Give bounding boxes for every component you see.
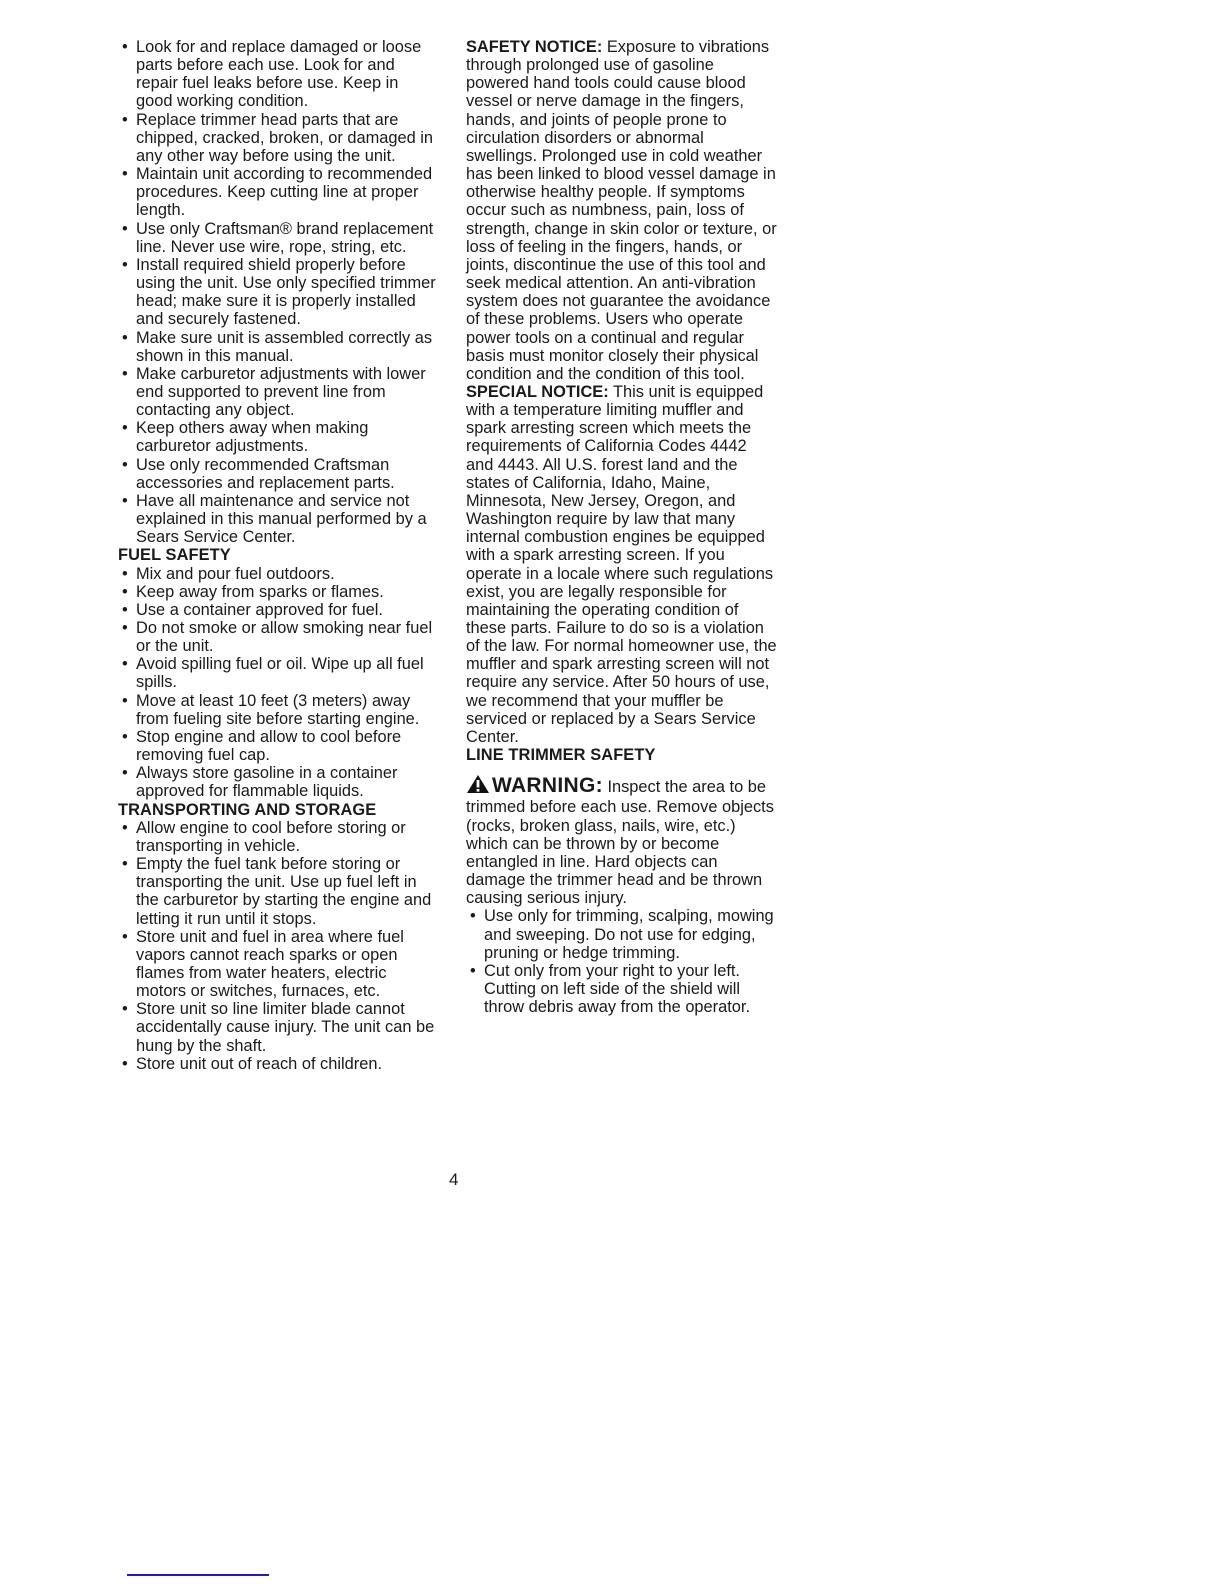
list-item: Use a container approved for fuel. (118, 601, 438, 619)
list-item: Use only for trimming, scalping, mowing … (466, 907, 778, 961)
special-notice-text: This unit is equipped with a temperature… (466, 383, 777, 746)
right-column: SAFETY NOTICE: Exposure to vibrations th… (466, 38, 778, 1016)
list-item: Keep others away when making carburetor … (118, 419, 438, 455)
safety-notice-label: SAFETY NOTICE: (466, 38, 602, 56)
fuel-safety-list: Mix and pour fuel outdoors. Keep away fr… (118, 565, 438, 801)
warning-block: WARNING: Inspect the area to be trimmed … (466, 774, 778, 907)
list-item: Allow engine to cool before storing or t… (118, 819, 438, 855)
list-item: Use only recommended Craftsman accessori… (118, 456, 438, 492)
warning-triangle-icon (466, 774, 490, 798)
general-safety-list: Look for and replace damaged or loose pa… (118, 38, 438, 546)
fuel-safety-heading: FUEL SAFETY (118, 546, 438, 564)
line-trimmer-safety-list: Use only for trimming, scalping, mowing … (466, 907, 778, 1016)
list-item: Store unit out of reach of children. (118, 1055, 438, 1073)
list-item: Store unit so line limiter blade cannot … (118, 1000, 438, 1054)
list-item: Look for and replace damaged or loose pa… (118, 38, 438, 111)
list-item: Install required shield properly before … (118, 256, 438, 329)
list-item: Store unit and fuel in area where fuel v… (118, 928, 438, 1001)
list-item: Replace trimmer head parts that are chip… (118, 111, 438, 165)
list-item: Empty the fuel tank before storing or tr… (118, 855, 438, 928)
list-item: Mix and pour fuel outdoors. (118, 565, 438, 583)
list-item: Do not smoke or allow smoking near fuel … (118, 619, 438, 655)
list-item: Maintain unit according to recommended p… (118, 165, 438, 219)
list-item: Have all maintenance and service not exp… (118, 492, 438, 546)
list-item: Make sure unit is assembled correctly as… (118, 329, 438, 365)
list-item: Cut only from your right to your left. C… (466, 962, 778, 1016)
line-trimmer-safety-heading: LINE TRIMMER SAFETY (466, 746, 778, 764)
list-item: Avoid spilling fuel or oil. Wipe up all … (118, 655, 438, 691)
list-item: Make carburetor adjustments with lower e… (118, 365, 438, 419)
footer-rule (127, 1574, 269, 1576)
special-notice-label: SPECIAL NOTICE: (466, 383, 609, 401)
warning-text: Inspect the area to be trimmed before ea… (466, 778, 774, 907)
list-item: Always store gasoline in a container app… (118, 764, 438, 800)
list-item: Stop engine and allow to cool before rem… (118, 728, 438, 764)
transport-storage-heading: TRANSPORTING AND STORAGE (118, 801, 438, 819)
transport-storage-list: Allow engine to cool before storing or t… (118, 819, 438, 1073)
safety-notice: SAFETY NOTICE: Exposure to vibrations th… (466, 38, 778, 383)
left-column: Look for and replace damaged or loose pa… (118, 38, 438, 1073)
list-item: Use only Craftsman® brand replacement li… (118, 220, 438, 256)
safety-notice-text: Exposure to vibrations through prolonged… (466, 38, 777, 383)
list-item: Move at least 10 feet (3 meters) away fr… (118, 692, 438, 728)
special-notice: SPECIAL NOTICE: This unit is equipped wi… (466, 383, 778, 746)
page-number: 4 (449, 1170, 458, 1190)
list-item: Keep away from sparks or flames. (118, 583, 438, 601)
warning-label: WARNING: (492, 774, 603, 797)
